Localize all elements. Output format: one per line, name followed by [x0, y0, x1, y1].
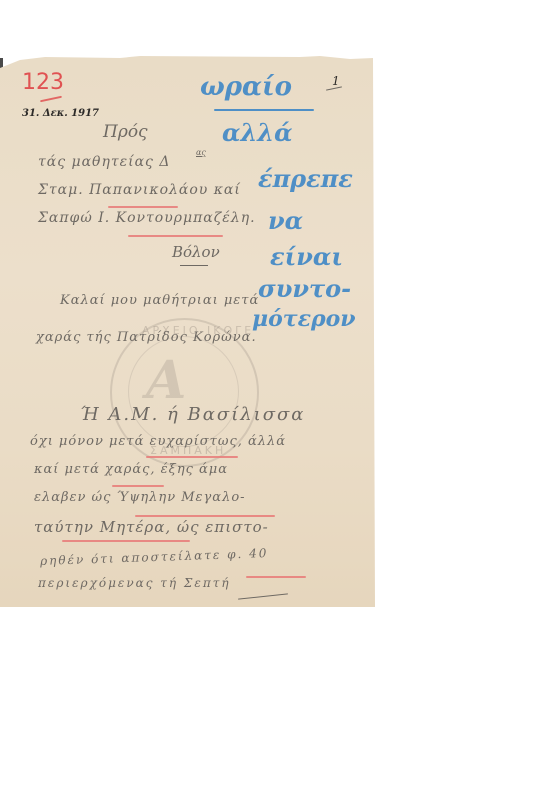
body-line-5-underline [112, 485, 164, 487]
margin-note-underline [214, 109, 314, 111]
amount-underline [246, 576, 306, 578]
body-line-6-underline [135, 515, 275, 517]
closing-flourish [238, 593, 288, 599]
body-line-6: ελαβεν ώς Ύψηλην Μεγαλο- [34, 490, 246, 505]
location-underline [180, 265, 208, 266]
letter-paper: ΑΡΧΕΙΟ ΙΚΟΓΕ ΣΑΜΠΑΚΗ Α 123 1 31. Δεκ. 19… [0, 56, 375, 607]
margin-note-line-7: μότερον [252, 306, 356, 332]
body-line-5: καί μετά χαράς, έξης άμα [34, 462, 228, 477]
letter-date: 31. Δεκ. 1917 [22, 108, 99, 119]
body-line-3: Ή Α.Μ. ή Βασίλισσα [80, 404, 305, 425]
recipient-line-2: Σταμ. Παπανικολάου καί [38, 182, 241, 198]
recipient-superscript: ας [196, 148, 206, 157]
margin-note-line-2: αλλά [222, 118, 293, 147]
margin-note-line-3: έπρεπε [258, 164, 353, 193]
archive-number-underline [40, 96, 62, 103]
salutation-heading: Πρός [103, 122, 148, 142]
page-number-underline [326, 86, 342, 90]
body-line-1: Καλαί μου μαθήτριαι μετά [60, 293, 259, 308]
body-line-7: ταύτην Μητέρα, ώς επιστο- [34, 518, 269, 536]
recipient-line-3-underline [128, 235, 223, 237]
location-heading: Βόλον [172, 243, 220, 261]
margin-note-line-5: είναι [270, 242, 343, 271]
recipient-line-1: τάς μαθητείας Δ [38, 154, 170, 170]
recipient-line-3: Σαπφώ Ι. Κοντουρμπαζέλη. [38, 210, 256, 226]
body-line-4: όχι μόνον μετά ευχαρίστως, άλλά [30, 434, 286, 449]
margin-note-line-4: να [268, 206, 303, 235]
body-line-9: περιερχόμενας τή Σεπτή [38, 576, 231, 590]
body-line-2: χαράς τής Πατρίδος Κορώνα. [36, 330, 257, 345]
archive-number: 123 [22, 70, 64, 95]
margin-note-line-1: ωραίο [200, 72, 292, 102]
body-line-8: ρηθέν ότι αποστείλατε φ. 40 [40, 546, 269, 568]
margin-note-line-6: συντο- [258, 274, 351, 303]
body-line-4-underline [146, 456, 238, 458]
recipient-line-2-underline [108, 206, 178, 208]
body-line-7-underline [62, 540, 190, 542]
stamp-center-mark: Α [146, 350, 186, 411]
